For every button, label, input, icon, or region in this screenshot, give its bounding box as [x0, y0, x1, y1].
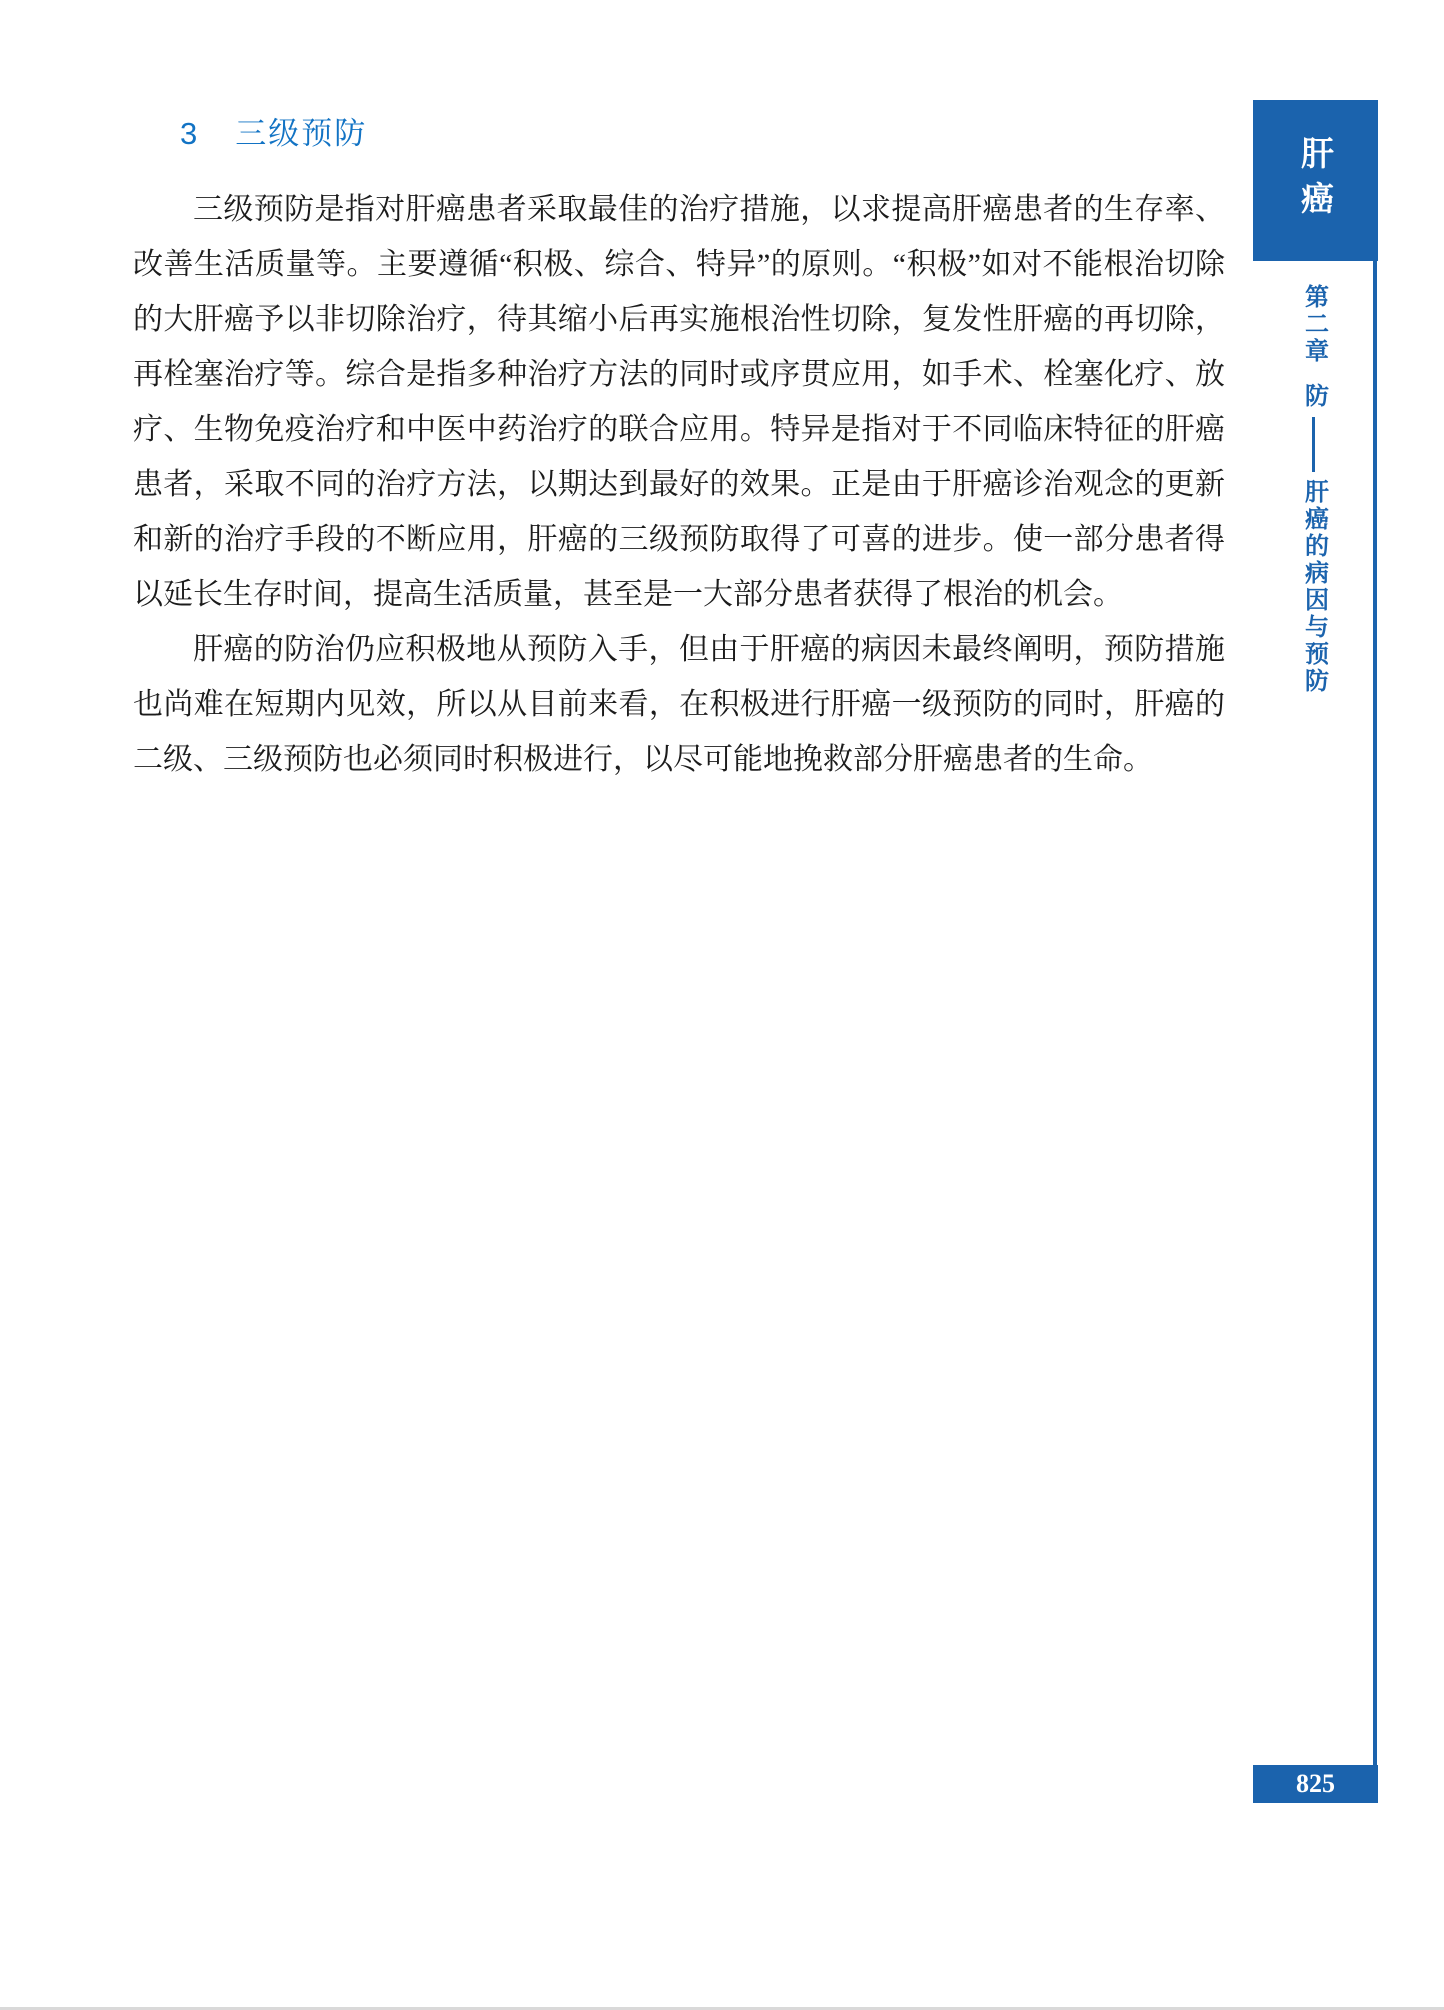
chapter-title: 肝癌的病因与预防 [1302, 479, 1326, 695]
chapter-part: 防 [1302, 383, 1326, 410]
sidebar-rule [1373, 261, 1377, 1765]
section-number: 3 [180, 116, 199, 151]
book-title: 肝癌 [1292, 136, 1339, 226]
book-page: 3三级预防 三级预防是指对肝癌患者采取最佳的治疗措施，以求提高肝癌患者的生存率、… [0, 0, 1444, 2010]
book-title-badge: 肝癌 [1253, 100, 1378, 261]
chapter-title-dash [1312, 417, 1315, 472]
chapter-label: 第二章 [1302, 284, 1326, 365]
section-title: 三级预防 [235, 116, 367, 151]
chapter-running-head: 第二章 防 肝癌的病因与预防 [1253, 284, 1374, 695]
paragraph: 三级预防是指对肝癌患者采取最佳的治疗措施，以求提高肝癌患者的生存率、改善生活质量… [133, 182, 1225, 622]
page-number: 825 [1296, 1769, 1335, 1799]
paragraph: 肝癌的防治仍应积极地从预防入手，但由于肝癌的病因未最终阐明，预防措施也尚难在短期… [133, 622, 1225, 787]
section-heading: 3三级预防 [180, 114, 367, 154]
body-text: 三级预防是指对肝癌患者采取最佳的治疗措施，以求提高肝癌患者的生存率、改善生活质量… [133, 182, 1225, 787]
page-number-badge: 825 [1253, 1765, 1378, 1803]
